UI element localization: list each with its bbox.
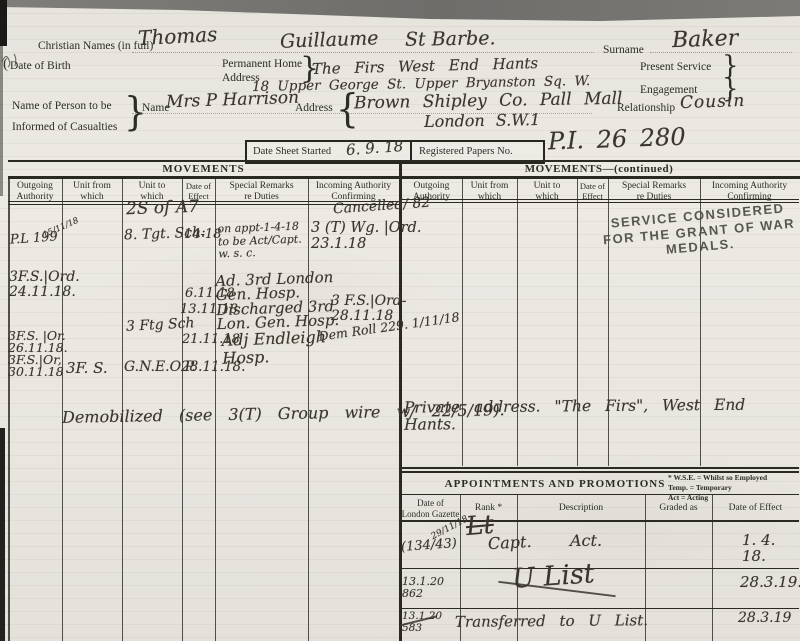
relationship-label: Relationship (617, 102, 675, 114)
rule-above-titles (8, 160, 800, 162)
mv-unit-from-row5: 3F. S. (66, 360, 108, 376)
registered-papers-value: P.I. 26 280 (548, 125, 686, 156)
mv-outgoing-row4: 3F.S. |Or. 26.11.18. 3F.S.|Or, 30.11.18 (8, 330, 68, 378)
mv-date-row2: 14-18 (184, 228, 221, 242)
present-service-label: Present Service (640, 61, 711, 73)
appointments-top-rule-1 (401, 467, 799, 469)
mv-remarks-row2: on appt-1-4-18 to be Act/Capt. w. s. c. (217, 221, 302, 262)
appt-r3-description: Transferred to U List. (455, 612, 648, 630)
casualty-label-line1: Name of Person to be (12, 100, 112, 112)
mv-date-row5: 28.11.18. (181, 360, 245, 375)
movements-title-left: MOVEMENTS (8, 163, 399, 175)
casualty-label-line2: Informed of Casualties (12, 121, 117, 133)
appt-r2-effect: 28.3.19. (740, 574, 800, 590)
appt-col-gazette: Date of London Gazette (401, 498, 460, 520)
surname-label: Surname (603, 44, 644, 56)
appt-r2-gazette: 13.1.20 862 (402, 576, 444, 600)
appointments-title: APPOINTMENTS AND PROMOTIONS (430, 478, 680, 490)
christian-name-2: Guillaume (280, 28, 379, 52)
mv-incoming-row2: 3 (T) Wg. |Ord. 23.1.18 (311, 221, 421, 253)
christian-name-1: Thomas (137, 24, 217, 50)
page-left-edge-top (0, 0, 7, 46)
page-top-edge (0, 0, 800, 24)
appt-col-graded: Graded as (645, 503, 712, 514)
page-left-edge-bottom (0, 428, 5, 641)
appointments-legend: * W.S.E. = Whilst so Employed Temp. = Te… (668, 473, 767, 502)
appt-r1-description: Act. (570, 532, 602, 549)
relationship-value: Cousin (680, 92, 746, 113)
writing-line (132, 113, 592, 114)
date-sheet-started-value: 6. 9. 18 (346, 138, 404, 158)
war-medals-stamp: SERVICE CONSIDERED FOR THE GRANT OF WAR … (590, 199, 800, 263)
writing-line (650, 52, 792, 53)
mv-unit-to-row1: 2S of A7 (126, 198, 199, 219)
appt-row-line-1 (401, 568, 799, 569)
surname-value: Baker (672, 27, 739, 53)
mv-outgoing-row3: 3F.S.|Ord. 24.11.18. (9, 270, 80, 301)
scanned-service-record: Christian Names (in full) Thomas Guillau… (0, 0, 800, 641)
writing-line (132, 52, 594, 53)
rule-below-titles (8, 176, 800, 179)
col-unit-from-r: Unit from which (462, 181, 517, 204)
col-special-remarks-r: Special Remarks re Duties (608, 181, 700, 204)
col-unit-to-r: Unit to which (517, 181, 577, 204)
appt-col-description: Description (517, 503, 645, 514)
appt-col-effect: Date of Effect (712, 503, 799, 514)
movements-title-right: MOVEMENTS—(continued) (401, 163, 797, 175)
registered-papers-label: Registered Papers No. (419, 146, 513, 157)
appt-row-line-2 (401, 608, 799, 609)
christian-name-3: St Barbe. (405, 28, 496, 50)
illegible-ink-mark (0, 48, 22, 70)
appt-r1-rank: Capt. (488, 533, 532, 553)
appt-r1-gazette: (134/43) (401, 537, 458, 555)
casualty-name-value: Mrs P Harrison (166, 89, 300, 112)
private-address-note: Private address. "The Firs", West End Ha… (404, 396, 796, 433)
right-header-underline-1 (401, 199, 799, 200)
right-header-underline-2 (401, 202, 799, 203)
casualty-address-line1: Brown Shipley Co. Pall Mall (354, 90, 623, 113)
date-sheet-started-label: Date Sheet Started (253, 146, 331, 157)
mv-remarks-row3: Ad. 3rd London Gen. Hosp. Discharged 3rd… (215, 270, 339, 331)
appt-r1-effect: 1. 4. 18. (742, 532, 800, 564)
christian-names-label: Christian Names (in full) (38, 40, 153, 52)
permanent-home-label: Permanent Home (222, 58, 302, 70)
appt-r3-effect: 28.3.19 (738, 611, 791, 626)
left-table-border-left (8, 176, 10, 641)
